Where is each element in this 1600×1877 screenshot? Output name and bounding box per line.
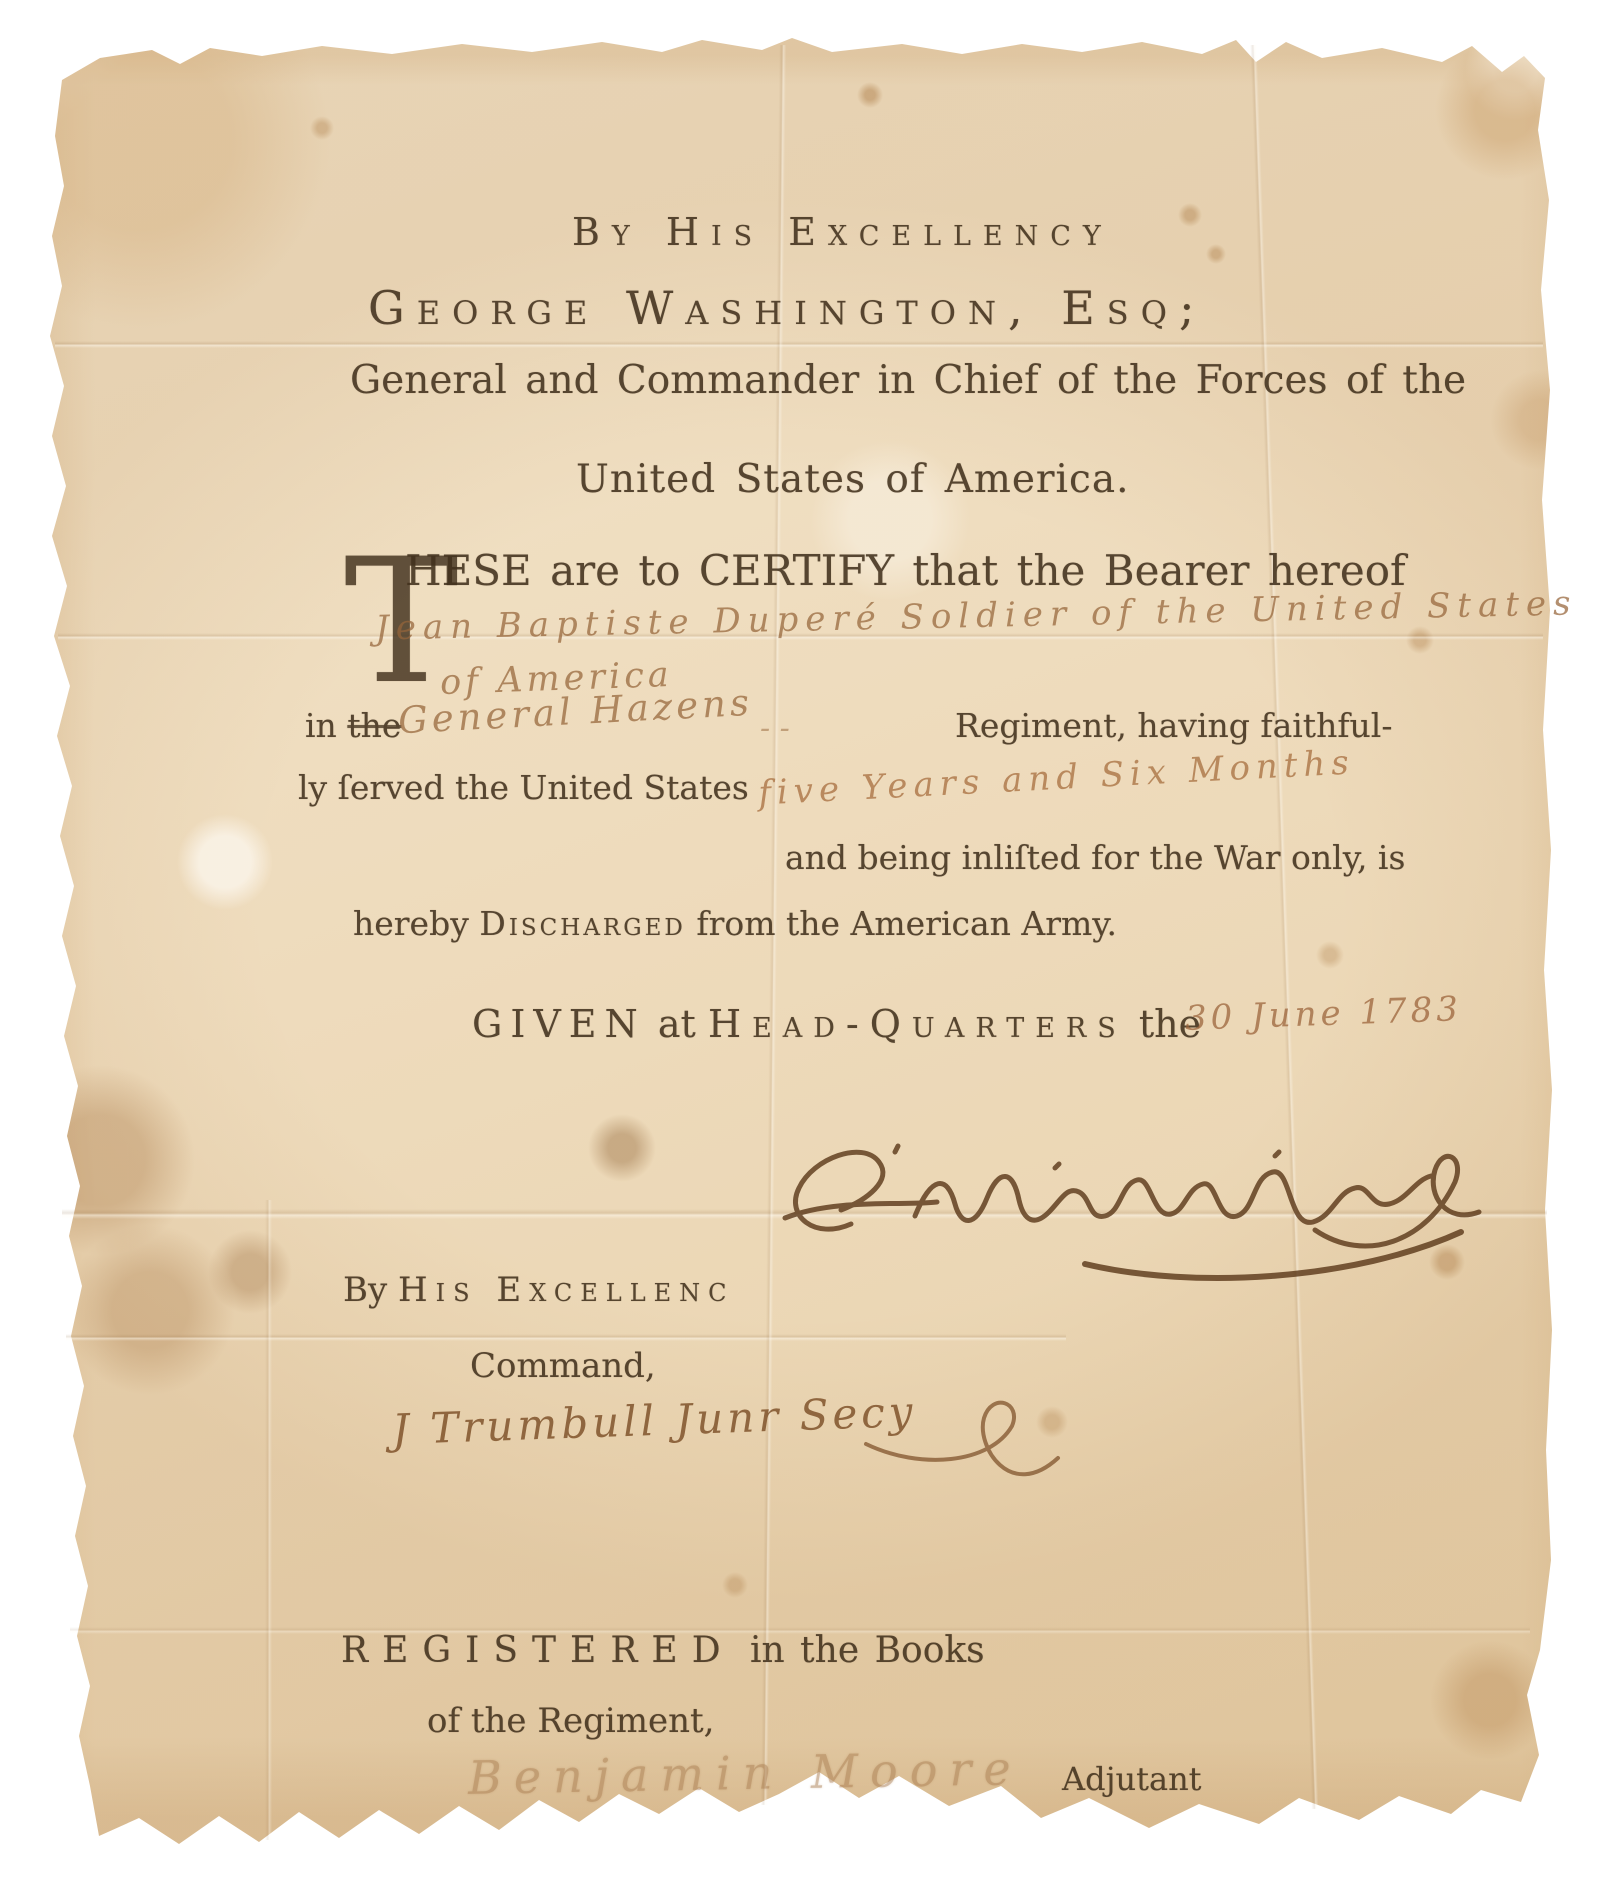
header-line-4: United States of America.: [576, 459, 1130, 502]
fold-crease-horizontal-4: [66, 1334, 1066, 1341]
header-line-3: General and Commander in Chief of the Fo…: [350, 360, 1466, 403]
fold-crease-vertical-3: [265, 1200, 272, 1840]
header-line-1: By His Excellency: [572, 212, 1113, 254]
fold-crease-horizontal-1: [55, 341, 1543, 348]
header-line-2: George Washington, Esq;: [368, 283, 1206, 334]
enlisted-line: and being inliſted for the War only, is: [785, 840, 1405, 876]
attest-by: By: [343, 1270, 398, 1310]
struck-word-the: the: [347, 706, 401, 745]
discharge-prefix: hereby: [353, 904, 479, 943]
command-label: Command,: [470, 1348, 656, 1385]
in-the-label: in the: [305, 708, 401, 744]
given-word: GIVEN: [472, 1002, 646, 1046]
attest-excellency: His Excellenc: [398, 1270, 735, 1310]
regiment-dashes-handwritten: ‑ ‑: [760, 712, 790, 745]
secretary-signature-flourish: [860, 1392, 1070, 1522]
regiment-suffix: Regiment, having faithful-: [955, 708, 1393, 744]
registered-rest: in the Books: [735, 1630, 985, 1671]
in-word: in: [305, 706, 347, 745]
served-line: ly ſerved the United States: [298, 770, 749, 806]
discharge-line: hereby Discharged from the American Army…: [353, 906, 1117, 942]
regiment-books-line2: of the Regiment,: [427, 1703, 714, 1740]
given-line: GIVEN at Head-Quarters the: [472, 1004, 1201, 1046]
discharge-word: Discharged: [479, 904, 686, 943]
registered-word: REGISTERED: [341, 1630, 735, 1671]
certify-line: HESE are to CERTIFY that the Bearer here…: [405, 548, 1406, 594]
given-place: Head-Quarters: [708, 1002, 1127, 1046]
discharge-suffix: from the American Army.: [686, 904, 1117, 943]
adjutant-title: Adjutant: [1062, 1762, 1202, 1797]
attestation-line: By His Excellenc: [343, 1272, 735, 1309]
washington-signature: [755, 1112, 1495, 1297]
adjutant-name-handwritten: Benjamin Moore: [468, 1743, 1023, 1803]
photo-background: By His Excellency George Washington, Esq…: [0, 0, 1600, 1877]
given-at: at: [658, 1002, 696, 1046]
registered-line: REGISTERED in the Books: [341, 1631, 985, 1671]
